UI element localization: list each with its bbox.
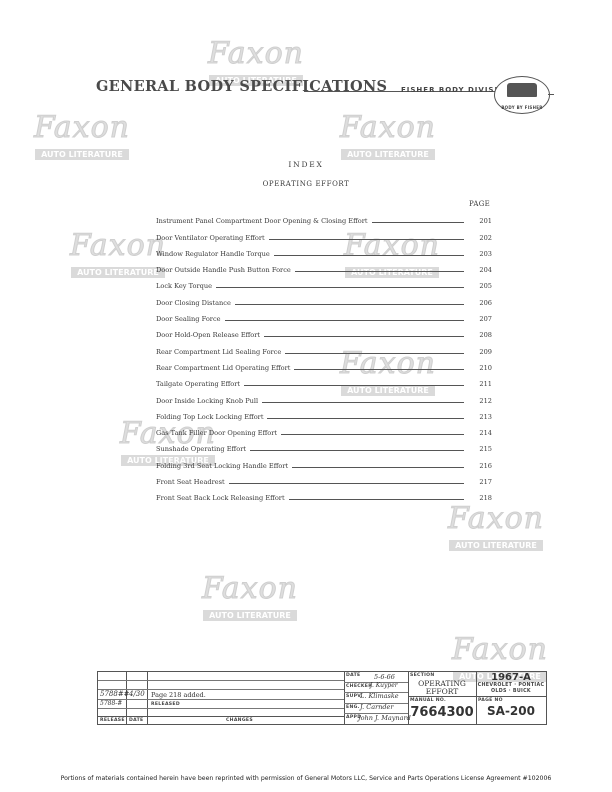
index-entry-page: 215 — [476, 445, 492, 453]
index-entry-label: Window Regulator Handle Torque — [156, 250, 274, 258]
index-entry: Folding 3rd Seat Locking Handle Effort21… — [156, 453, 492, 469]
leader-line — [244, 385, 464, 386]
eng-signature: J. Carnder — [360, 703, 394, 711]
leader-line — [235, 304, 464, 305]
revision-release: 5788-# — [100, 700, 122, 707]
column-changes: CHANGES — [226, 718, 253, 723]
index-entry-label: Lock Key Torque — [156, 282, 216, 290]
index-subtitle: OPERATING EFFORT — [0, 180, 612, 188]
index-entry: Door Sealing Force207 — [156, 307, 492, 323]
leader-line — [292, 467, 464, 468]
index-title: INDEX — [0, 160, 612, 169]
date-label: DATE — [346, 673, 360, 678]
index-entry-page: 217 — [476, 478, 492, 486]
index-entry: Lock Key Torque205 — [156, 274, 492, 290]
index-entry-label: Front Seat Back Lock Releasing Effort — [156, 494, 289, 502]
index-entry-label: Door Inside Locking Knob Pull — [156, 397, 262, 405]
makes-line1: CHEVROLET · PONTIAC — [476, 683, 546, 688]
index-entry: Tailgate Operating Effort211 — [156, 372, 492, 388]
index-entry: Door Hold-Open Release Effort208 — [156, 323, 492, 339]
index-entry: Sunshade Operating Effort215 — [156, 437, 492, 453]
index-entry: Instrument Panel Compartment Door Openin… — [156, 209, 492, 225]
index-entry-label: Sunshade Operating Effort — [156, 445, 250, 453]
index-entry: Door Outside Handle Push Button Force204 — [156, 258, 492, 274]
date-value: 5-6-66 — [374, 673, 395, 681]
leader-line — [285, 353, 464, 354]
index-entry-label: Rear Compartment Lid Sealing Force — [156, 348, 285, 356]
page-no-label: PAGE NO — [478, 698, 503, 703]
index-entry-label: Front Seat Headrest — [156, 478, 229, 486]
index-entry: Door Ventilator Operating Effort202 — [156, 225, 492, 241]
index-entry-label: Tailgate Operating Effort — [156, 380, 244, 388]
manual-number: 7664300 — [408, 705, 476, 720]
page-column-label: PAGE — [469, 200, 490, 208]
leader-line — [289, 499, 464, 500]
index-entry: Front Seat Back Lock Releasing Effort218 — [156, 486, 492, 502]
index-entry-page: 211 — [476, 380, 492, 388]
index-entry-label: Door Hold-Open Release Effort — [156, 331, 264, 339]
index-entry-label: Door Outside Handle Push Button Force — [156, 266, 295, 274]
coach-icon — [507, 83, 537, 97]
index-entry-label: Instrument Panel Compartment Door Openin… — [156, 217, 372, 225]
license-footer: Portions of materials contained herein h… — [0, 775, 612, 782]
index-entry-page: 206 — [476, 299, 492, 307]
index-entry: Rear Compartment Lid Sealing Force209 — [156, 339, 492, 355]
page-number: SA-200 — [476, 704, 546, 718]
index-entry: Gas Tank Filler Door Opening Effort214 — [156, 421, 492, 437]
index-entry-label: Rear Compartment Lid Operating Effort — [156, 364, 294, 372]
index-entry-page: 218 — [476, 494, 492, 502]
index-entry: Front Seat Headrest217 — [156, 470, 492, 486]
index-entry-page: 205 — [476, 282, 492, 290]
watermark: Faxon AUTO LITERATURE — [190, 575, 310, 622]
supv-signature: L. Klimaske — [360, 692, 399, 700]
leader-line — [269, 239, 464, 240]
index-entry-page: 207 — [476, 315, 492, 323]
header-title: GENERAL BODY SPECIFICATIONS — [96, 78, 387, 95]
index-entry: Rear Compartment Lid Operating Effort210 — [156, 356, 492, 372]
leader-line — [262, 402, 464, 403]
model-year: 1967-A — [476, 672, 546, 683]
index-entry-page: 213 — [476, 413, 492, 421]
column-release: RELEASE — [100, 718, 125, 723]
index-entry-page: 204 — [476, 266, 492, 274]
document-header: GENERAL BODY SPECIFICATIONS FISHER BODY … — [96, 76, 556, 116]
index-list: Instrument Panel Compartment Door Openin… — [156, 209, 492, 502]
leader-line — [281, 434, 464, 435]
header-rule-tail — [548, 94, 554, 95]
appd-signature: John J. Maynard — [358, 714, 411, 722]
section-label: SECTION — [410, 673, 435, 678]
index-entry-page: 216 — [476, 462, 492, 470]
index-entry: Folding Top Lock Locking Effort213 — [156, 405, 492, 421]
section-line2: EFFORT — [408, 687, 476, 696]
index-entry-page: 201 — [476, 217, 492, 225]
index-entry-page: 212 — [476, 397, 492, 405]
manual-label: MANUAL NO. — [410, 698, 446, 703]
index-entry-page: 214 — [476, 429, 492, 437]
index-entry: Door Closing Distance206 — [156, 290, 492, 306]
index-entry-page: 210 — [476, 364, 492, 372]
watermark: Faxon AUTO LITERATURE — [328, 114, 448, 161]
revision-change: Page 218 added. — [151, 691, 206, 699]
index-entry-page: 208 — [476, 331, 492, 339]
leader-line — [229, 483, 464, 484]
index-entry-label: Gas Tank Filler Door Opening Effort — [156, 429, 281, 437]
document-page: Faxon AUTO LITERATURE Faxon AUTO LITERAT… — [0, 0, 612, 792]
watermark: Faxon AUTO LITERATURE — [22, 114, 142, 161]
index-entry-label: Door Closing Distance — [156, 299, 235, 307]
leader-line — [225, 320, 464, 321]
revision-change: RELEASED — [151, 702, 180, 707]
revision-date: 4/30 — [129, 690, 145, 698]
index-entry: Door Inside Locking Knob Pull212 — [156, 388, 492, 404]
index-entry-page: 202 — [476, 234, 492, 242]
index-entry-label: Folding 3rd Seat Locking Handle Effort — [156, 462, 292, 470]
makes-line2: OLDS · BUICK — [476, 689, 546, 694]
watermark: Faxon AUTO LITERATURE — [436, 505, 556, 552]
leader-line — [264, 336, 464, 337]
eng-label: ENG. — [346, 705, 360, 710]
index-entry-label: Door Sealing Force — [156, 315, 225, 323]
leader-line — [295, 271, 464, 272]
leader-line — [274, 255, 464, 256]
revision-release: 5788## — [100, 690, 130, 698]
index-entry-page: 203 — [476, 250, 492, 258]
fisher-coach-emblem-icon: BODY BY FISHER — [494, 76, 550, 114]
index-entry: Window Regulator Handle Torque203 — [156, 242, 492, 258]
leader-line — [250, 450, 464, 451]
checker-signature: J. Kuyper — [370, 682, 398, 689]
index-entry-label: Folding Top Lock Locking Effort — [156, 413, 267, 421]
checker-label: CHECKER — [346, 684, 372, 689]
leader-line — [267, 418, 464, 419]
title-block: 5788## 4/30 Page 218 added. 5788-# RELEA… — [97, 671, 547, 725]
column-date: DATE — [129, 718, 143, 723]
index-entry-label: Door Ventilator Operating Effort — [156, 234, 269, 242]
leader-line — [372, 222, 464, 223]
leader-line — [216, 287, 464, 288]
leader-line — [294, 369, 464, 370]
index-entry-page: 209 — [476, 348, 492, 356]
